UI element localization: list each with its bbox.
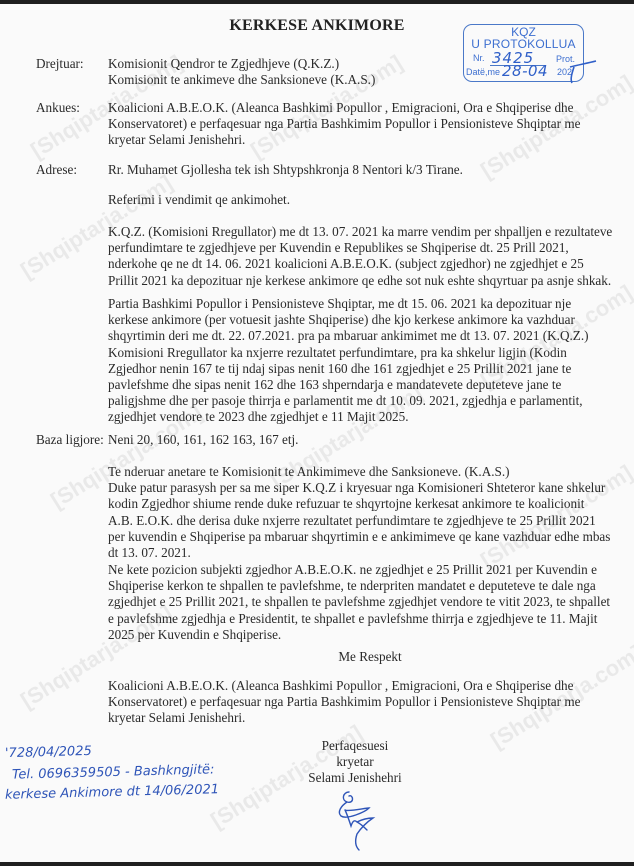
signature-line: Perfaqesuesi	[300, 738, 410, 754]
drejtuar-recipients: Komisionit Qendror te Zgjedhjeve (Q.K.Z.…	[108, 56, 618, 88]
text-line: Te nderuar anetare te Komisionit te Anki…	[108, 464, 618, 480]
signature-title-block: Perfaqesuesi kryetar Selami Jenishehri	[300, 738, 410, 787]
text-line: Duke patur parasysh per sa me siper K.Q.…	[108, 480, 618, 496]
text-line: pavlefshme dhe sipas nenit 162 dhe 163 s…	[108, 377, 618, 393]
text-line: kryetar Selami Jenishehri.	[108, 132, 618, 148]
text-line: Zgjedhor nenin 167 te tij ndaj sipas nen…	[108, 361, 618, 377]
text-line: Konservatoret) e perfaqesuar nga Partia …	[108, 116, 618, 132]
text-line: zgjedhjet e 25 Prillit 2021, te shpallen…	[108, 594, 618, 610]
paragraph-4: Ne kete pozicion subjekti zgjedhor A.B.E…	[108, 562, 618, 643]
text-line: K.Q.Z. (Komisioni Rregullator) me dt 13.…	[108, 224, 618, 240]
recipient-line: Komisionit Qendror te Zgjedhjeve (Q.K.Z.…	[108, 56, 618, 72]
text-line: A.B. E.O.K. dhe derisa duke nxjerre rezu…	[108, 513, 618, 529]
text-line: Prillit 2021 ka depozituar nje kerkese a…	[108, 273, 618, 289]
signatory-block: Koalicioni A.B.E.O.K. (Aleanca Bashkimi …	[108, 678, 618, 727]
adrese-value: Rr. Muhamet Gjollesha tek ish Shtypshkro…	[108, 162, 618, 178]
signature-line: Selami Jenishehri	[300, 770, 410, 786]
handwritten-date: '728/04/2025	[5, 744, 92, 761]
paragraph-2: Partia Bashkimi Popullor i Pensionisteve…	[108, 296, 618, 426]
signature-line: kryetar	[300, 754, 410, 770]
text-line: per kuvendin e Shqiperise pa mbaruar shq…	[108, 529, 618, 545]
text-line: kerkese ankimore (per votuesit jashte Sh…	[108, 312, 618, 328]
baza-ligjore-value: Neni 20, 160, 161, 162 163, 167 etj.	[108, 432, 618, 448]
label-adrese: Adrese:	[36, 162, 77, 178]
paragraph-1: K.Q.Z. (Komisioni Rregullator) me dt 13.…	[108, 224, 618, 289]
handwritten-phone: Tel. 0696359505 - Bashkngjitë:	[12, 762, 215, 782]
handwritten-attachment: kerkese Ankimore dt 14/06/2021	[5, 782, 219, 803]
label-ankues: Ankues:	[36, 100, 80, 116]
text-line: Komisioni Rregullator ka nxjerre rezulta…	[108, 345, 618, 361]
text-line: shqyrtimin deri me dt. 22. 07.2021. pra …	[108, 328, 618, 344]
text-line: 2025 per Kuvendin e Shqiperise.	[108, 627, 618, 643]
closing-text: Me Respekt	[300, 649, 440, 665]
text-line: Partia Bashkimi Popullor i Pensionisteve…	[108, 296, 618, 312]
text-line: Koalicioni A.B.E.O.K. (Aleanca Bashkimi …	[108, 100, 618, 116]
text-line: perfundimtare te zgjedhjeve per Kuvendin…	[108, 240, 618, 256]
recipient-line: Komisionit te ankimeve dhe Sanksioneve (…	[108, 72, 618, 88]
text-line: Shqiperise kerkon te shpallen te pavlefs…	[108, 578, 618, 594]
text-line: kodin Zgjedhor shiume rende duke refuzua…	[108, 496, 618, 512]
text-line: paligjshme dhe per pasoje thirrja e parl…	[108, 393, 618, 409]
text-line: e pavlefshme zgjedhja e Presidentit, te …	[108, 611, 618, 627]
text-line: zgjedhjet vendore te 2023 dhe zgjedhjet …	[108, 409, 618, 425]
document-page: [Shqiptarja.com] [Shqiptarja.com] [Shqip…	[0, 4, 634, 862]
referimi-text: Referimi i vendimit qe ankimohet.	[108, 192, 618, 208]
label-baza-ligjore: Baza ligjore:	[36, 432, 104, 448]
ankues-text: Koalicioni A.B.E.O.K. (Aleanca Bashkimi …	[108, 100, 618, 149]
paragraph-3: Te nderuar anetare te Komisionit te Anki…	[108, 464, 618, 561]
label-drejtuar: Drejtuar:	[36, 56, 84, 72]
text-line: Koalicioni A.B.E.O.K. (Aleanca Bashkimi …	[108, 678, 618, 694]
handwritten-signature	[335, 790, 405, 860]
text-line: nderkohe qe ne dt 14. 06. 2021 koalicion…	[108, 256, 618, 272]
text-line: Ne kete pozicion subjekti zgjedhor A.B.E…	[108, 562, 618, 578]
text-line: kryetar Selami Jenishehri.	[108, 710, 618, 726]
text-line: Konservatoret) e perfaqesuar nga Partia …	[108, 694, 618, 710]
text-line: dt 13. 07. 2021.	[108, 545, 618, 561]
